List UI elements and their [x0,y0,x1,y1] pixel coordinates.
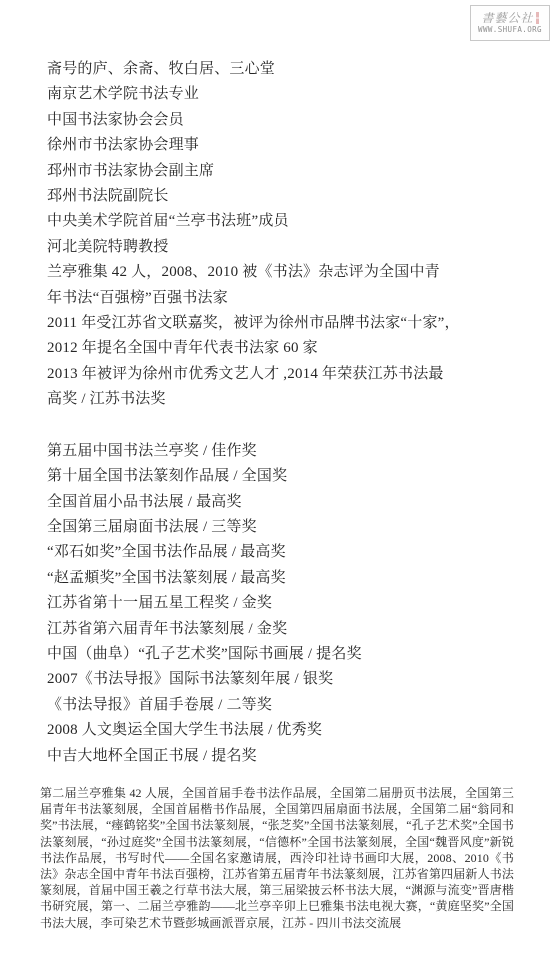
bio-line: 南京艺术学院书法专业 [47,82,533,107]
bio-line: 邳州书法院副院长 [47,184,533,209]
section-divider-gap [47,413,533,439]
bio-line: 河北美院特聘教授 [47,235,533,260]
award-line: “赵孟頫奖”全国书法篆刻展 / 最高奖 [47,566,533,591]
biography-text-block: 斋号的庐、余斋、牧白居、三心堂 南京艺术学院书法专业 中国书法家协会会员 徐州市… [47,57,533,769]
seal-mark-icon [536,12,539,24]
award-line: 第十届全国书法篆刻作品展 / 全国奖 [47,464,533,489]
award-line: 《书法导报》首届手卷展 / 二等奖 [47,693,533,718]
award-line: 全国第三届扇面书法展 / 三等奖 [47,515,533,540]
award-line: 江苏省第十一届五星工程奖 / 金奖 [47,591,533,616]
bio-line: 斋号的庐、余斋、牧白居、三心堂 [47,57,533,82]
shufa-logo-text: 書藝公社 [481,12,533,24]
shufa-url: WWW.SHUFA.ORG [478,26,542,34]
exhibitions-paragraph: 第二届兰亭雅集 42 人展，全国首届手卷书法作品展，全国第二届册页书法展，全国第… [40,785,514,931]
document-page: { "watermark": { "logo_text": "書藝公社", "u… [0,0,553,961]
award-line: 2008 人文奥运全国大学生书法展 / 优秀奖 [47,718,533,743]
bio-line: 邳州市书法家协会副主席 [47,159,533,184]
award-line: 中吉大地杯全国正书展 / 提名奖 [47,744,533,769]
bio-line: 2012 年提名全国中青年代表书法家 60 家 [47,336,533,361]
award-line: 第五届中国书法兰亭奖 / 佳作奖 [47,439,533,464]
bio-line: 2013 年被评为徐州市优秀文艺人才 ,2014 年荣获江苏书法最 [47,362,533,387]
bio-line: 中央美术学院首届“兰亭书法班”成员 [47,209,533,234]
award-line: 江苏省第六届青年书法篆刻展 / 金奖 [47,617,533,642]
bio-line: 2011 年受江苏省文联嘉奖，被评为徐州市品牌书法家“十家”， [47,311,533,336]
bio-line: 中国书法家协会会员 [47,108,533,133]
award-line: “邓石如奖”全国书法作品展 / 最高奖 [47,540,533,565]
bio-line: 徐州市书法家协会理事 [47,133,533,158]
bio-line: 年书法“百强榜”百强书法家 [47,286,533,311]
bio-line: 高奖 / 江苏书法奖 [47,387,533,412]
watermark-logo-row: 書藝公社 [481,12,538,24]
award-line: 中国（曲阜）“孔子艺术奖”国际书画展 / 提名奖 [47,642,533,667]
awards-text-block: 第五届中国书法兰亭奖 / 佳作奖 第十届全国书法篆刻作品展 / 全国奖 全国首届… [47,439,533,769]
bio-line: 兰亭雅集 42 人，2008、2010 被《书法》杂志评为全国中青 [47,260,533,285]
shufa-watermark: 書藝公社 WWW.SHUFA.ORG [470,5,550,41]
award-line: 全国首届小品书法展 / 最高奖 [47,490,533,515]
award-line: 2007《书法导报》国际书法篆刻年展 / 银奖 [47,667,533,692]
